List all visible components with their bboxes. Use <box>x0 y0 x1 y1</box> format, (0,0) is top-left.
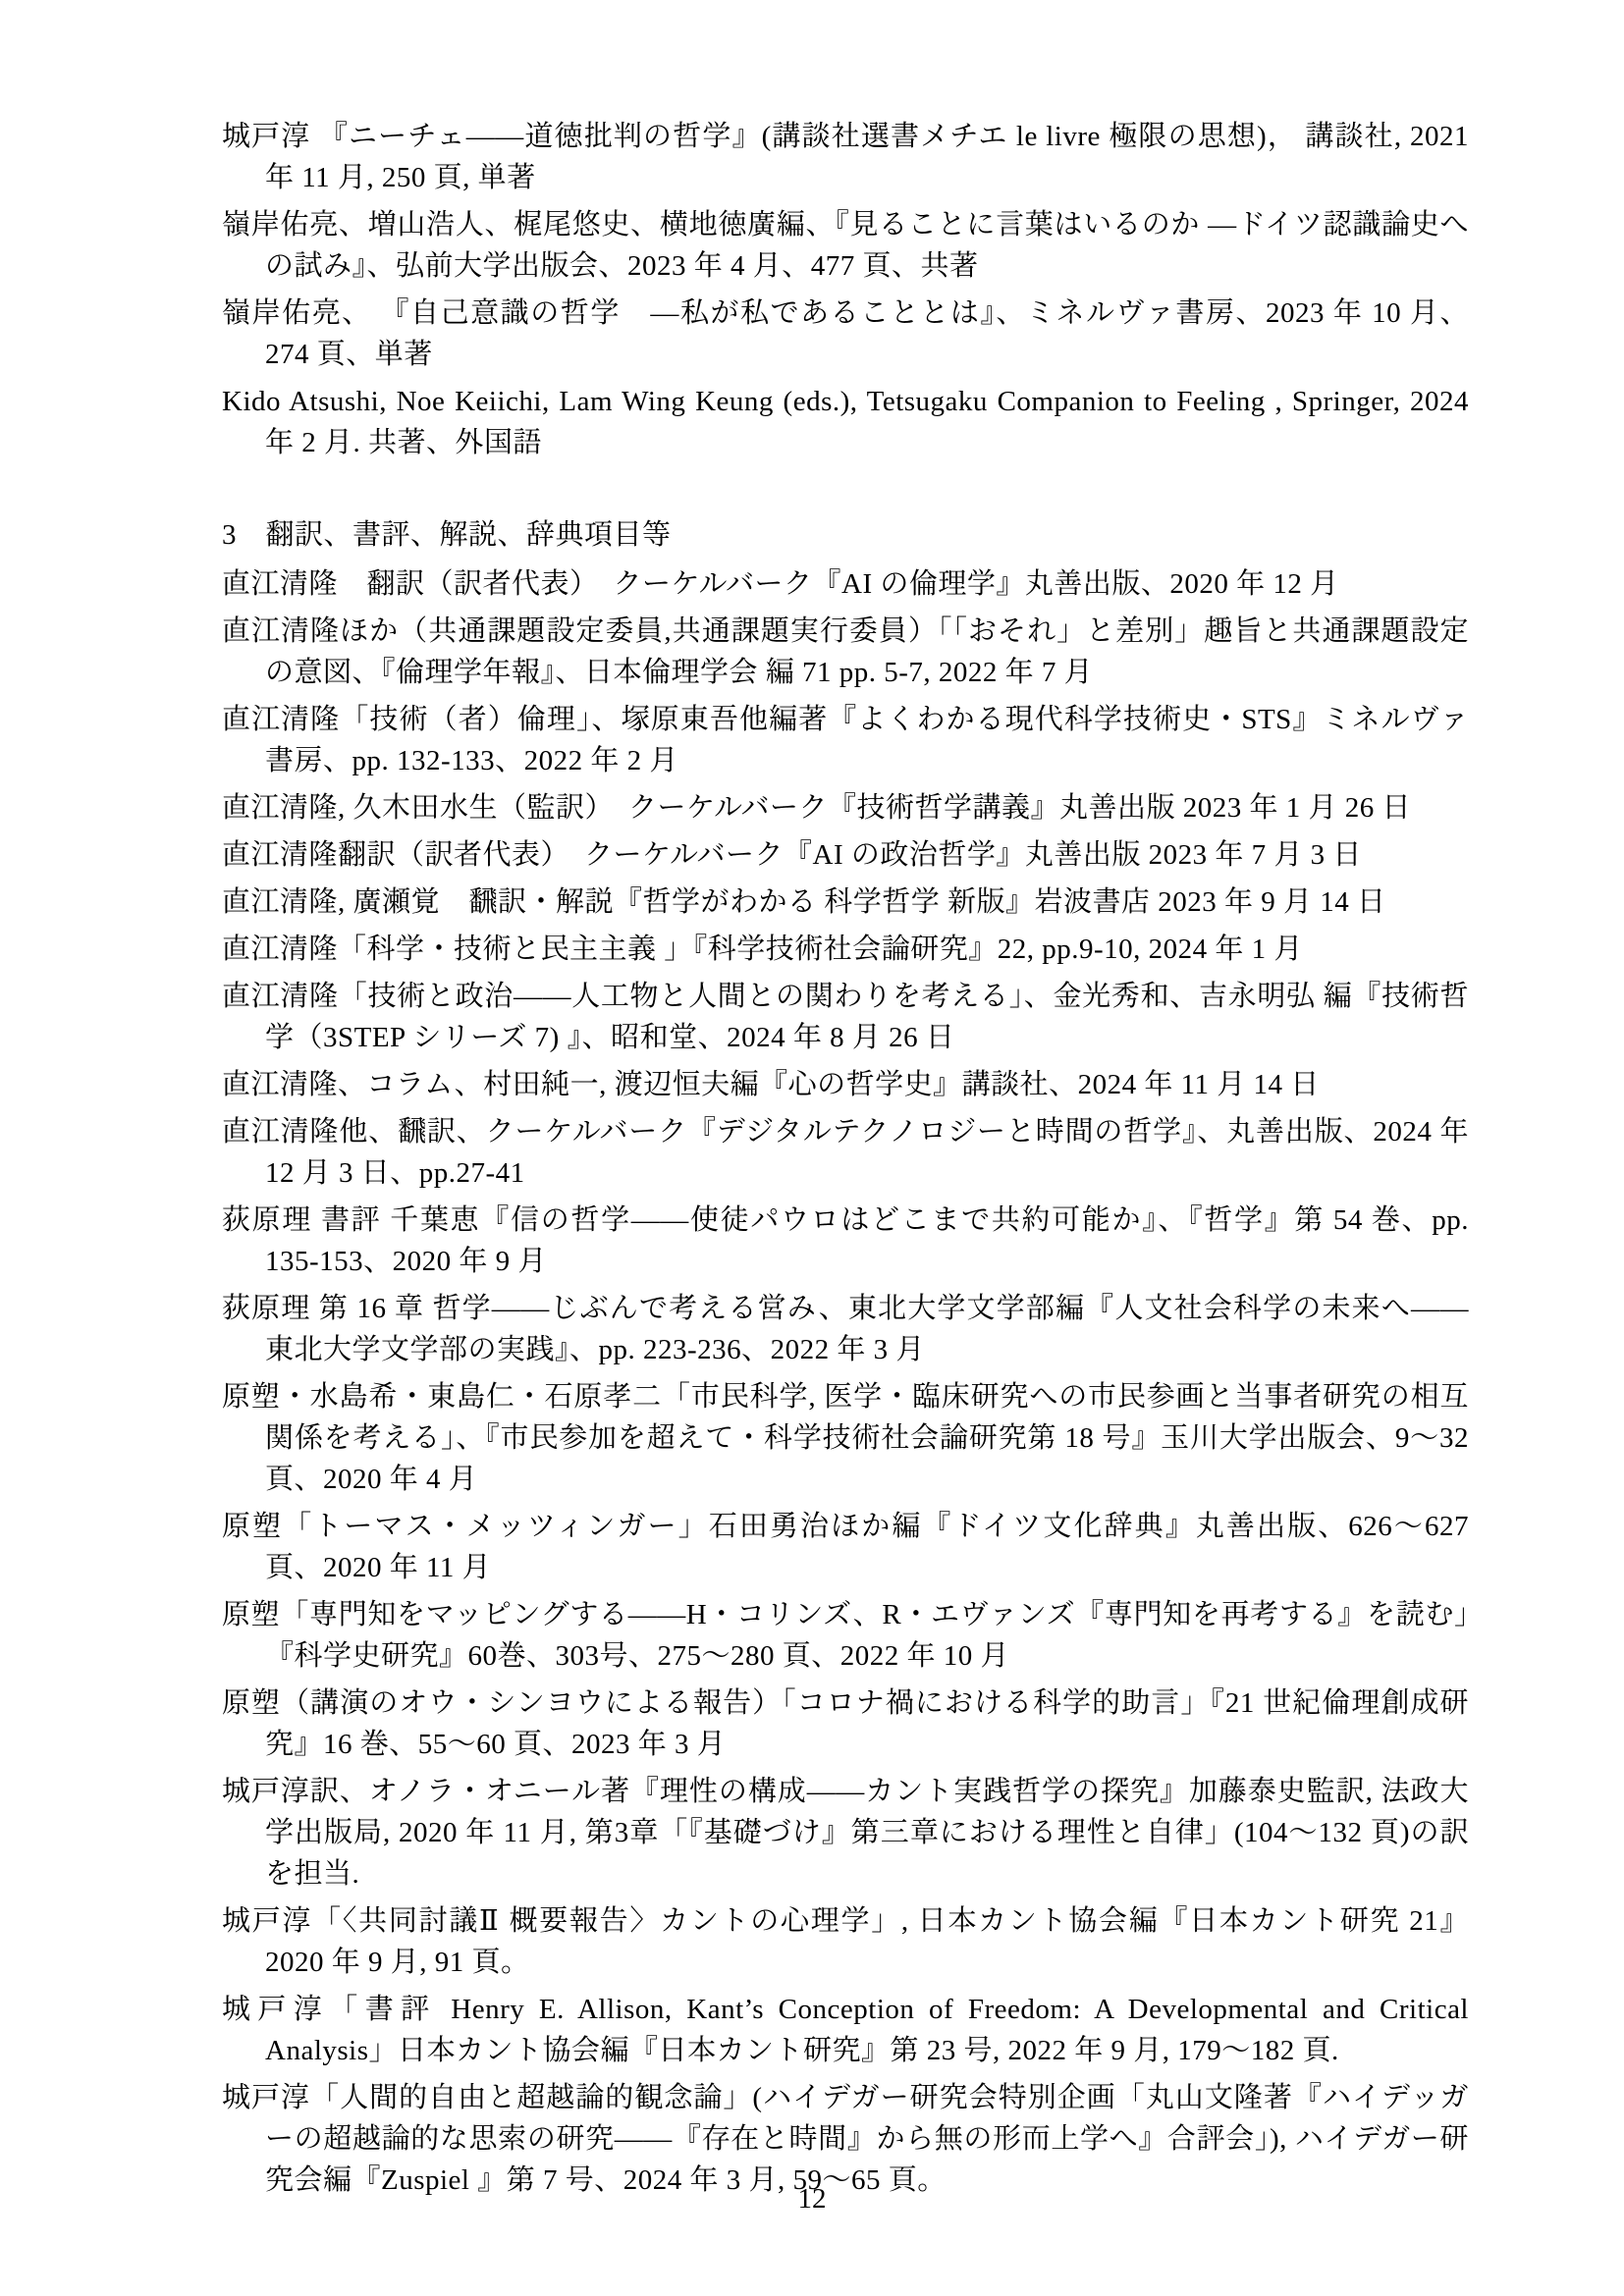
page-number: 12 <box>0 2181 1624 2216</box>
publication-entry: 直江清隆ほか（共通課題設定委員,共通課題実行委員）「「おそれ」と差別」趣旨と共通… <box>222 611 1469 693</box>
publication-entry: 原塑（講演のオウ・シンヨウによる報告）「コロナ禍における科学的助言」『21 世紀… <box>222 1682 1469 1765</box>
publication-entry: 城戸淳 『ニーチェ――道徳批判の哲学』(講談社選書メチエ le livre 極限… <box>222 116 1469 198</box>
publication-list: 城戸淳 『ニーチェ――道徳批判の哲学』(講談社選書メチエ le livre 極限… <box>222 116 1469 2207</box>
publication-entry: 原塑・水島希・東島仁・石原孝二「市民科学, 医学・臨床研究への市民参画と当事者研… <box>222 1376 1469 1500</box>
publication-entry: 嶺岸佑亮、増山浩人、梶尾悠史、横地徳廣編、『見ることに言葉はいるのか ―ドイツ認… <box>222 204 1469 287</box>
publication-entry: 城戸淳「〈共同討議Ⅱ 概要報告〉カントの心理学」, 日本カント協会編『日本カント… <box>222 1900 1469 1983</box>
publication-entry: 原塑「専門知をマッピングする――H・コリンズ、R・エヴァンズ『専門知を再考する』… <box>222 1594 1469 1677</box>
publication-entry: 直江清隆翻訳（訳者代表） クーケルバーク『AI の政治哲学』丸善出版 2023 … <box>222 834 1469 876</box>
document-page: 城戸淳 『ニーチェ――道徳批判の哲学』(講談社選書メチエ le livre 極限… <box>0 0 1624 2296</box>
publication-entry: 直江清隆, 久木田水生（監訳） クーケルバーク『技術哲学講義』丸善出版 2023… <box>222 787 1469 828</box>
section-heading: 3 翻訳、書評、解説、辞典項目等 <box>222 514 1469 556</box>
publication-entry: 荻原理 第 16 章 哲学――じぶんで考える営み、東北大学文学部編『人文社会科学… <box>222 1288 1469 1370</box>
publication-entry: 直江清隆「技術（者）倫理」、塚原東吾他編著『よくわかる現代科学技術史・STS』ミ… <box>222 699 1469 781</box>
publication-entry: 嶺岸佑亮、 『自己意識の哲学 ―私が私であることとは』、ミネルヴァ書房、2023… <box>222 293 1469 375</box>
publication-entry: 直江清隆 翻訳（訳者代表） クーケルバーク『AI の倫理学』丸善出版、2020 … <box>222 563 1469 605</box>
publication-entry: 城戸淳訳、オノラ・オニール著『理性の構成――カント実践哲学の探究』加藤泰史監訳,… <box>222 1771 1469 1895</box>
publication-entry: 直江清隆「技術と政治――人工物と人間との関わりを考える」、金光秀和、吉永明弘 編… <box>222 976 1469 1058</box>
publication-entry: Kido Atsushi, Noe Keiichi, Lam Wing Keun… <box>222 381 1469 463</box>
publication-entry: 直江清隆他、飜訳、クーケルバーク『デジタルテクノロジーと時間の哲学』、丸善出版、… <box>222 1111 1469 1194</box>
publication-entry: 原塑「トーマス・メッツィンガー」石田勇治ほか編『ドイツ文化辞典』丸善出版、626… <box>222 1506 1469 1588</box>
publication-entry: 城戸淳「書評 Henry E. Allison, Kant’s Concepti… <box>222 1989 1469 2071</box>
publication-entry: 直江清隆、コラム、村田純一, 渡辺恒夫編『心の哲学史』講談社、2024 年 11… <box>222 1064 1469 1105</box>
publication-entry: 直江清隆, 廣瀬覚 飜訳・解説『哲学がわかる 科学哲学 新版』岩波書店 2023… <box>222 881 1469 923</box>
publication-entry: 直江清隆「科学・技術と民主主義 」『科学技術社会論研究』22, pp.9-10,… <box>222 929 1469 970</box>
publication-entry: 荻原理 書評 千葉恵『信の哲学――使徒パウロはどこまで共約可能か』、『哲学』第 … <box>222 1200 1469 1282</box>
